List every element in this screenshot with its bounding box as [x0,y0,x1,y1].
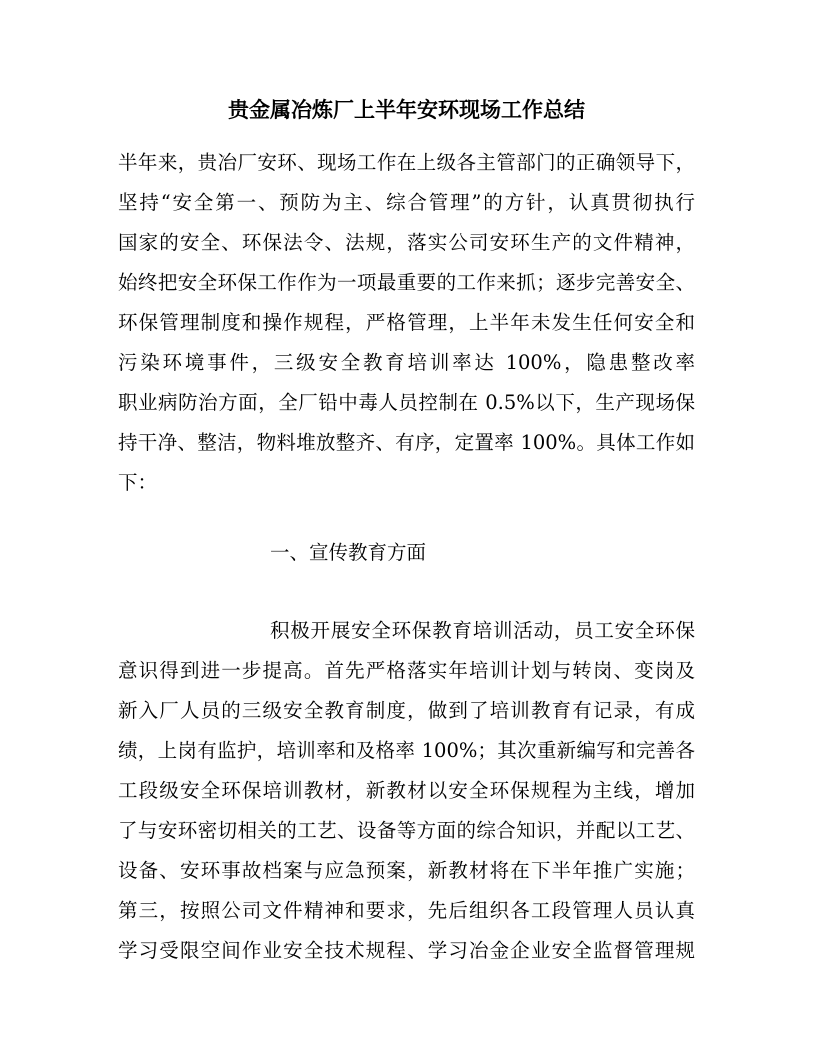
section-paragraph: 积极开展安全环保教育培训活动，员工安全环保意识得到进一步提高。首先严格落实年培训… [118,611,695,971]
text-line: 学习受限空间作业安全技术规程、学习冶金企业安全监督管理规 [118,931,695,971]
text-line: 第三，按照公司文件精神和要求，先后组织各工段管理人员认真 [118,891,695,931]
text-line: 职业病防治方面，全厂铅中毒人员控制在 0.5%以下，生产现场保 [118,383,695,423]
text-line: 绩，上岗有监护，培训率和及格率 100%；其次重新编写和完善各 [118,731,695,771]
text-line: 污染环境事件，三级安全教育培训率达 100%，隐患整改率 100%， [118,343,695,383]
document-title: 贵金属冶炼厂上半年安环现场工作总结 [118,90,695,130]
text-line: 工段级安全环保培训教材，新教材以安全环保规程为主线，增加 [118,771,695,811]
text-line: 新入厂人员的三级安全教育制度，做到了培训教育有记录，有成 [118,691,695,731]
text-line: 下： [118,463,695,503]
text-line: 半年来，贵冶厂安环、现场工作在上级各主管部门的正确领导下， [118,143,695,183]
text-line: 积极开展安全环保教育培训活动，员工安全环保 [118,611,695,651]
intro-paragraph: 半年来，贵冶厂安环、现场工作在上级各主管部门的正确领导下，坚持“安全第一、预防为… [118,143,695,503]
text-line: 意识得到进一步提高。首先严格落实年培训计划与转岗、变岗及 [118,651,695,691]
text-line: 环保管理制度和操作规程，严格管理，上半年未发生任何安全和 [118,303,695,343]
text-line: 始终把安全环保工作作为一项最重要的工作来抓；逐步完善安全、 [118,263,695,303]
text-line: 了与安环密切相关的工艺、设备等方面的综合知识，并配以工艺、 [118,811,695,851]
document-page: 贵金属冶炼厂上半年安环现场工作总结 半年来，贵冶厂安环、现场工作在上级各主管部门… [0,0,816,1056]
text-line: 设备、安环事故档案与应急预案，新教材将在下半年推广实施； [118,851,695,891]
section-heading: 一、宣传教育方面 [118,533,695,573]
text-line: 坚持“安全第一、预防为主、综合管理”的方针，认真贯彻执行 [118,183,695,223]
text-line: 国家的安全、环保法令、法规，落实公司安环生产的文件精神， [118,223,695,263]
text-line: 持干净、整洁，物料堆放整齐、有序，定置率 100%。具体工作如 [118,423,695,463]
